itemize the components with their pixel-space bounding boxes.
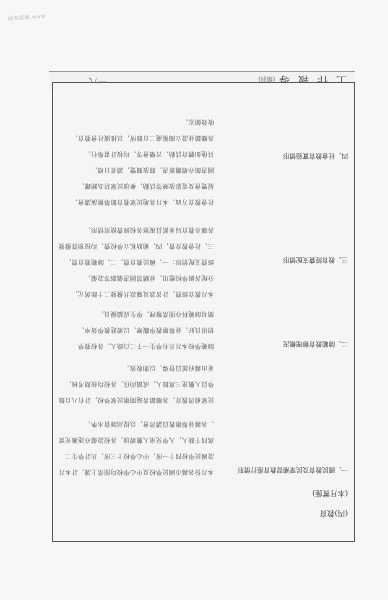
section-heading: 一、國民教育及民眾補習教育推行情形 [238, 466, 349, 475]
body-line: ，各縣並舉辦教員講習會，以提高師資水準。 [59, 420, 214, 429]
body-line: 社會教育方面，本月各地民眾教育館舉辦演講會、 [59, 198, 214, 207]
body-line: 分配各級學校應用，並購置圖書儀器等設備。 [59, 274, 214, 283]
body-line: 收效頗宏。 [59, 118, 214, 127]
body-line: 圖書館亦增購新書，開放閱覽，讀者日增， [59, 166, 214, 175]
body-line: 各鄉鎮並設立閱報處二百餘所，以推廣社會教育， [59, 134, 214, 143]
content-box: (丙)教育(本月實施)一、國民教育及民眾補習教育推行情形二、師範教育辦理概況三、… [52, 82, 355, 542]
scanned-page-rotated: 工作報導(續前) 一八 (丙)教育(本月實施)一、國民教育及民眾補習教育推行情形… [0, 0, 388, 600]
section-heading: 三、教育經費支配情形 [283, 256, 348, 265]
section-heading: (丙)教育 [320, 508, 348, 519]
body-line: 各縣市教育局並派員視察各校經費使用情形。 [59, 226, 214, 235]
body-text-column: 本月份各縣市國民學校及中心學校均照常上課，計本月新設國民學校四十一所，中心學校十… [54, 87, 214, 537]
body-line: 本月教育經費，計省款及縣款共撥發二十餘萬元， [59, 290, 214, 299]
body-line: 經費支配情形：一、國民教育費，二、師範教育費， [59, 258, 214, 267]
body-line: 本月份各縣市國民學校及中心學校均照常上課，計本月新 [59, 468, 214, 477]
section-headings: (丙)教育(本月實施)一、國民教育及民眾補習教育推行情形二、師範教育辦理概況三、… [228, 93, 348, 533]
body-line: 展覽會及電影放映等活動，參加民眾甚為踴躍， [59, 182, 214, 191]
body-line: 萬四千餘人，入學兒童人數增加，各校設備亦逐漸充實 [59, 436, 214, 445]
body-line: 民眾補習教育，各鄉鎮普遍開辦民眾學校，計有八百餘所， [59, 396, 214, 405]
body-line: 設國民學校四十一所，中心學校十三所，共計學生二 [59, 452, 214, 461]
body-line: 學員人數達三萬餘人，成績尚佳，各校均按期考核， [59, 380, 214, 389]
section-heading: (本月實施) [312, 488, 348, 499]
body-line: 其他如體育活動、音樂會等，均按計畫舉行。 [59, 150, 214, 159]
header-subtitle: (續前) [258, 75, 275, 82]
body-line: 師範學校本月共有學生一千二百餘人，各校教學 [59, 342, 214, 351]
body-line: 簡易師範科亦照常辦理，學生成績優良。 [59, 310, 214, 319]
section-heading: 二、師範教育辦理概況 [283, 340, 348, 349]
body-line: 並由縣府派員督導，以期收效。 [59, 364, 214, 373]
section-heading: 四、社會教育實施情形 [283, 152, 348, 161]
body-line: 情形良好，並舉辦教學觀摩，以增進教學效率， [59, 326, 214, 335]
body-line: 三、社會教育費，四、補助私立學校費，均按預算撥發。 [59, 242, 214, 251]
